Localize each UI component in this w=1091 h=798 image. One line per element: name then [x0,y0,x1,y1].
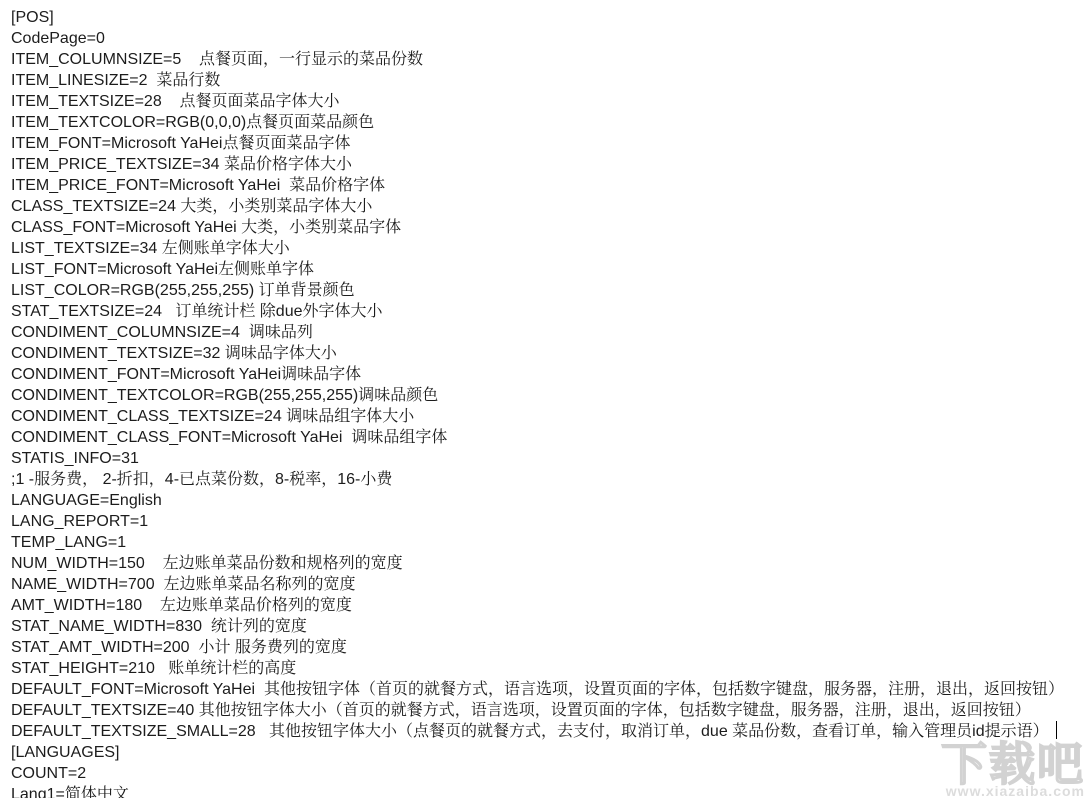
config-line: Lang1=简体中文 [11,784,1091,798]
config-line: CLASS_FONT=Microsoft YaHei 大类，小类别菜品字体 [11,217,1091,238]
config-line: AMT_WIDTH=180 左边账单菜品价格列的宽度 [11,595,1091,616]
config-line: LIST_FONT=Microsoft YaHei左侧账单字体 [11,259,1091,280]
config-line: CONDIMENT_COLUMNSIZE=4 调味品列 [11,322,1091,343]
config-line: STAT_HEIGHT=210 账单统计栏的高度 [11,658,1091,679]
config-line: CONDIMENT_FONT=Microsoft YaHei调味品字体 [11,364,1091,385]
text-cursor [1056,721,1058,739]
config-line: [LANGUAGES] [11,742,1091,763]
config-line: LANGUAGE=English [11,490,1091,511]
config-line: NAME_WIDTH=700 左边账单菜品名称列的宽度 [11,574,1091,595]
config-line: CONDIMENT_TEXTSIZE=32 调味品字体大小 [11,343,1091,364]
config-line: ITEM_LINESIZE=2 菜品行数 [11,70,1091,91]
config-line: ITEM_TEXTSIZE=28 点餐页面菜品字体大小 [11,91,1091,112]
config-line: ITEM_PRICE_TEXTSIZE=34 菜品价格字体大小 [11,154,1091,175]
config-line: ITEM_COLUMNSIZE=5 点餐页面，一行显示的菜品份数 [11,49,1091,70]
config-line: ;1 -服务费， 2-折扣，4-已点菜份数，8-税率，16-小费 [11,469,1091,490]
config-line: CLASS_TEXTSIZE=24 大类，小类别菜品字体大小 [11,196,1091,217]
config-line: LIST_TEXTSIZE=34 左侧账单字体大小 [11,238,1091,259]
config-line: STAT_NAME_WIDTH=830 统计列的宽度 [11,616,1091,637]
config-line: CONDIMENT_CLASS_FONT=Microsoft YaHei 调味品… [11,427,1091,448]
config-line: CodePage=0 [11,28,1091,49]
config-line: STAT_AMT_WIDTH=200 小计 服务费列的宽度 [11,637,1091,658]
config-line: LIST_COLOR=RGB(255,255,255) 订单背景颜色 [11,280,1091,301]
config-line: STATIS_INFO=31 [11,448,1091,469]
config-line: CONDIMENT_TEXTCOLOR=RGB(255,255,255)调味品颜… [11,385,1091,406]
config-file-text: [POS]CodePage=0ITEM_COLUMNSIZE=5 点餐页面，一行… [11,7,1091,798]
config-line: NUM_WIDTH=150 左边账单菜品份数和规格列的宽度 [11,553,1091,574]
config-line: STAT_TEXTSIZE=24 订单统计栏 除due外字体大小 [11,301,1091,322]
config-line: COUNT=2 [11,763,1091,784]
config-line: ITEM_FONT=Microsoft YaHei点餐页面菜品字体 [11,133,1091,154]
config-line: TEMP_LANG=1 [11,532,1091,553]
config-line: DEFAULT_TEXTSIZE=40 其他按钮字体大小（首页的就餐方式，语言选… [11,700,1091,721]
config-line: DEFAULT_FONT=Microsoft YaHei 其他按钮字体（首页的就… [11,679,1091,700]
config-line: LANG_REPORT=1 [11,511,1091,532]
config-line: ITEM_PRICE_FONT=Microsoft YaHei 菜品价格字体 [11,175,1091,196]
config-line: DEFAULT_TEXTSIZE_SMALL=28 其他按钮字体大小（点餐页的就… [11,721,1091,742]
text-editor[interactable]: [POS]CodePage=0ITEM_COLUMNSIZE=5 点餐页面，一行… [0,0,1091,798]
config-line: CONDIMENT_CLASS_TEXTSIZE=24 调味品组字体大小 [11,406,1091,427]
config-line: ITEM_TEXTCOLOR=RGB(0,0,0)点餐页面菜品颜色 [11,112,1091,133]
config-line: [POS] [11,7,1091,28]
